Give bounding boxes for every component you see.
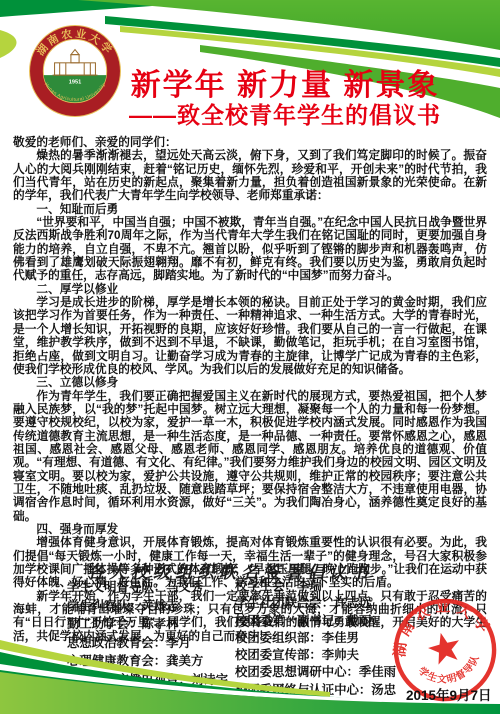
signature-item: 勤工助学会：陈孝林: [67, 615, 228, 634]
signature-item: 校团委宣传部：李帅夫: [235, 647, 396, 664]
signature-item: 校团委网络与认证中心：汤忠: [235, 682, 396, 699]
signature-item: 校团委思想调研中心：季佳雨: [235, 664, 396, 681]
section-1-heading: 一、知耻而后勇: [13, 203, 487, 216]
section-3-heading: 三、立德以修身: [13, 376, 487, 389]
signature-item: 学生社团联合会：许志远: [235, 595, 396, 612]
emblem-year: 1951: [69, 79, 81, 85]
signature-item: 学生纠察队：关雄志: [67, 597, 228, 616]
signature-item: 校团委艺术团:杨惠清: [235, 699, 396, 714]
poster-page: 湖南农业大学 Hunan Agricultural University 195…: [0, 0, 500, 714]
signature-item: 校学生会：李瑞: [235, 578, 396, 595]
letter-intro: 燥热的暑季渐渐褪去，望远处天高云淡，俯下身，又到了我们笃定脚印的时候了。振奋人心…: [13, 149, 487, 202]
signature-item: 校团委第一副书记：戴丽: [235, 613, 396, 630]
section-3-body: 作为青年学生，我们要正确把握爱国主义在新时代的展现方式，要热爱祖国，把个人梦融入…: [13, 390, 487, 523]
signature-item: 湖南农业大学报：刘涛: [67, 689, 228, 708]
signatures-right-column: 校学生会：李瑞 学生社团联合会：许志远 校团委第一副书记：戴丽 校团委组织部：李…: [235, 578, 396, 714]
section-2-body: 学习是成长进步的阶梯，厚学是增长本领的秘诀。目前正处于学习的黄金时期，我们应该把…: [13, 296, 487, 376]
section-1-body: “世界要和平，中国当自强；中国不被欺，青年当自强。”在纪念中国人民抗日战争暨世界…: [13, 216, 487, 283]
signature-item: 校团委组织部：李佳男: [235, 630, 396, 647]
signature-item: 心理健康教育会：龚美方: [67, 652, 228, 671]
signature-item: 思想政治教育会：李月: [67, 634, 228, 653]
section-4-heading: 四、强身而厚发: [13, 523, 487, 536]
signature-item: 湖南农大广播电视台：刘诗宇: [67, 671, 228, 690]
header-titles: 新学年 新力量 新景象 ——致全校青年学生的倡议书: [95, 70, 475, 128]
signature-item: 学生文明督导队：马文秀: [67, 578, 228, 597]
letter-salutation: 敬爱的老师们、亲爱的同学们：: [13, 136, 487, 149]
section-2-heading: 二、厚学以修业: [13, 283, 487, 296]
seal-star-icon: [425, 629, 463, 666]
seal-date: 2015年9月7日: [406, 684, 492, 704]
page-subtitle: ——致全校青年学生的倡议书: [95, 102, 475, 128]
signatures-left-column: 学生文明督导队：马文秀 学生纠察队：关雄志 勤工助学会：陈孝林 思想政治教育会：…: [67, 578, 228, 708]
page-title: 新学年 新力量 新景象: [95, 70, 475, 102]
